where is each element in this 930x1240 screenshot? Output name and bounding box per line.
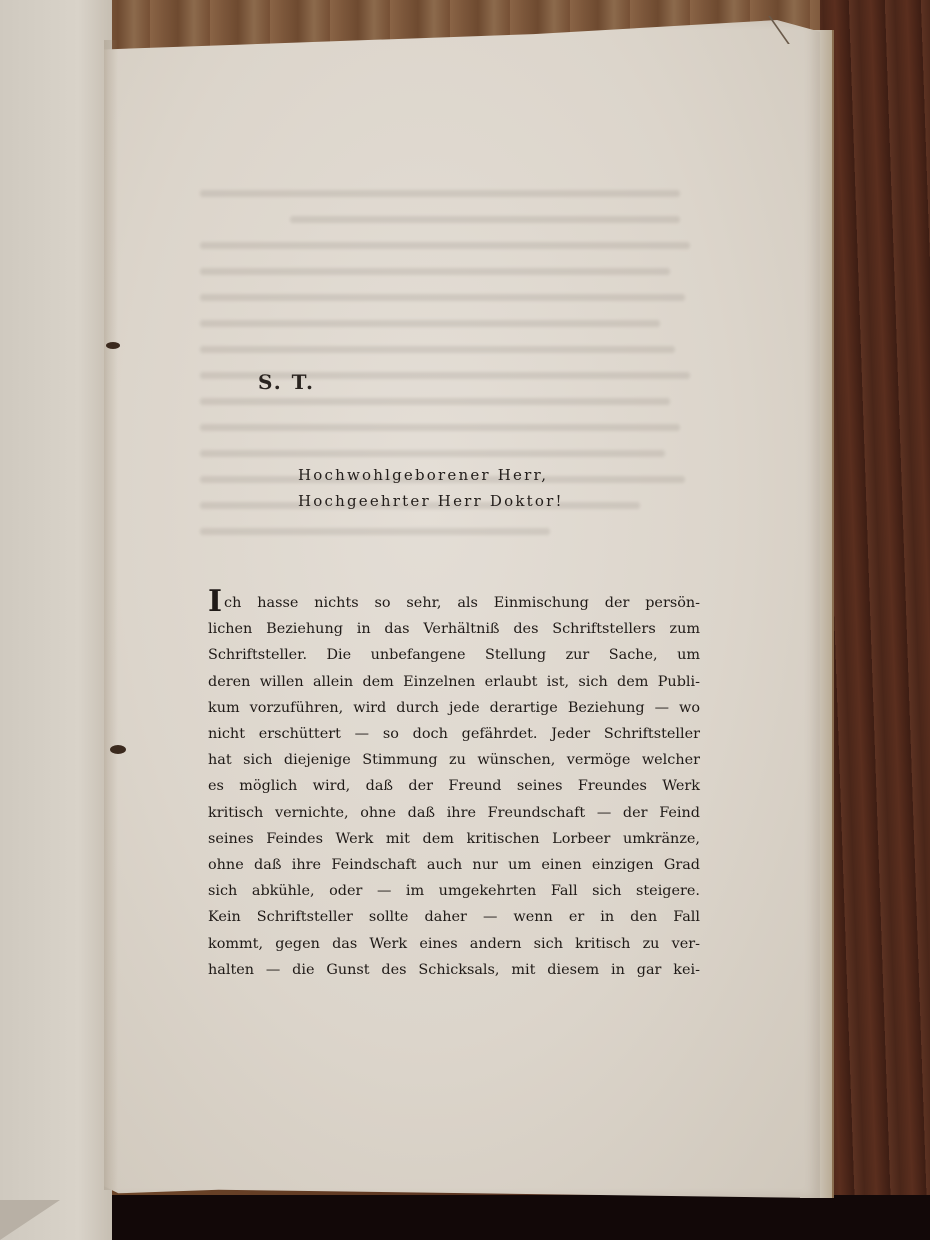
drop-cap: I xyxy=(208,584,222,619)
left-page xyxy=(0,0,112,1240)
text-line: es möglich wird, daß der Freund seines F… xyxy=(208,773,700,799)
text-line: Ich hasse nichts so sehr, als Einmischun… xyxy=(208,590,700,616)
text-line: nicht erschüttert — so doch gefährdet. J… xyxy=(208,721,700,747)
text-line: Kein Schriftsteller sollte daher — wenn … xyxy=(208,904,700,930)
text-line: ohne daß ihre Feindschaft auch nur um ei… xyxy=(208,852,700,878)
text-line: lichen Beziehung in das Verhältniß des S… xyxy=(208,616,700,642)
text-line: Schriftsteller. Die unbefangene Stellung… xyxy=(208,642,700,668)
wooden-table-right xyxy=(820,0,930,1240)
text-line: deren willen allein dem Einzelnen erlaub… xyxy=(208,669,700,695)
text-line: kommt, gegen das Werk eines andern sich … xyxy=(208,931,700,957)
binding-hole-icon xyxy=(106,342,120,349)
salutation-line: Hochgeehrter Herr Doktor! xyxy=(298,488,564,514)
text-line: hat sich diejenige Stimmung zu wünschen,… xyxy=(208,747,700,773)
text-line: seines Feindes Werk mit dem kritischen L… xyxy=(208,826,700,852)
shadow-below-book xyxy=(0,1195,930,1240)
text-line: kum vorzuführen, wird durch jede derarti… xyxy=(208,695,700,721)
binding-hole-icon xyxy=(110,745,126,754)
text-line: sich abkühle, oder — im umgekehrten Fall… xyxy=(208,878,700,904)
body-paragraph: Ich hasse nichts so sehr, als Einmischun… xyxy=(208,590,700,983)
text-line: halten — die Gunst des Schicksals, mit d… xyxy=(208,957,700,983)
book-gutter xyxy=(104,40,118,1190)
salutation: Hochwohlgeborener Herr, Hochgeehrter Her… xyxy=(298,462,564,514)
salutation-line: Hochwohlgeborener Herr, xyxy=(298,462,564,488)
page-heading: S. T. xyxy=(258,370,315,394)
text-line: kritisch vernichte, ohne daß ihre Freund… xyxy=(208,800,700,826)
